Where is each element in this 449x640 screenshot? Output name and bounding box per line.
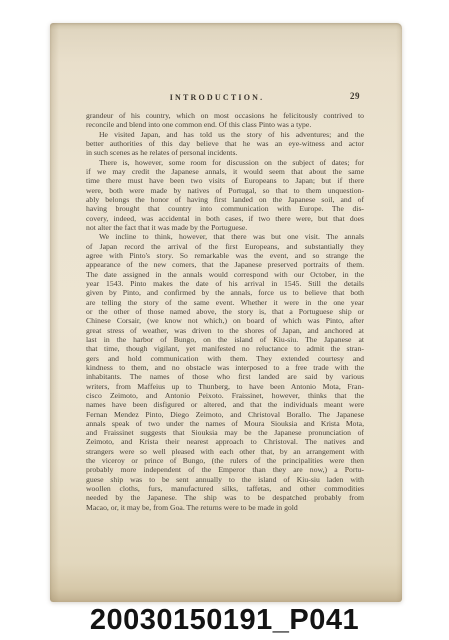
body-line: We incline to think, however, that there… [86,232,364,241]
body-line: names have been disfigured or altered, a… [86,400,364,409]
body-line: given by Pinto, and confirmed by the ann… [86,288,364,297]
body-line: better authorities of this day believe t… [86,139,364,148]
body-line: are telling the story of the same event.… [86,298,364,307]
body-line: Chinese Corsair, (we know not which,) on… [86,316,364,325]
body-line: kindness to them, and no obstacle was in… [86,363,364,372]
body-line: that time, though vigilant, yet manifest… [86,344,364,353]
page-number: 29 [350,91,360,101]
body-line: cisco Zeimoto, and Antonio Peixoto. Frai… [86,391,364,400]
body-line: of Japan record the arrival of the first… [86,242,364,251]
body-line: and Fraissinet suggests that Siouksia ma… [86,428,364,437]
body-line: grandeur of his country, which on most o… [86,111,364,120]
catalog-label: 20030150191_P041 [0,604,449,637]
body-line: probably more independent of the Emperor… [86,465,364,474]
running-header: INTRODUCTION. 29 [86,93,364,105]
body-line: time there must have been two visits of … [86,176,364,185]
body-line: if we may credit the Japanese annals, it… [86,167,364,176]
body-line: great stress of weather, was driven to t… [86,326,364,335]
body-line: Macao, or, it may be, from Goa. The retu… [86,503,364,512]
body-line: year 1543. Pinto makes the date of his a… [86,279,364,288]
body-line: reconcile and blend into one common end.… [86,120,364,129]
body-line: not alter the fact that it was made by t… [86,223,364,232]
body-line: appearance of the new comers, that the J… [86,260,364,269]
body-line: writers, from Maffeius up to Thunberg, t… [86,382,364,391]
body-line: ably belongs the honor of having first l… [86,195,364,204]
body-line: were, both were made by natives of Portu… [86,186,364,195]
body-line: needed by the Japanese. The ship was to … [86,493,364,502]
body-line: the viceroy or prince of Bungo, (the rul… [86,456,364,465]
body-line: or the other of those named above, the s… [86,307,364,316]
body-line: having brought that country into communi… [86,204,364,213]
body-text: grandeur of his country, which on most o… [86,111,364,512]
body-line: strangers were so well pleased with each… [86,447,364,456]
body-line: inhabitants. The names of those who firs… [86,372,364,381]
body-line: The date assigned in the annals would co… [86,270,364,279]
body-line: woollen cloths, furs, manufactured silks… [86,484,364,493]
body-line: covery, indeed, was accidental in both c… [86,214,364,223]
body-line: He visited Japan, and has told us the st… [86,130,364,139]
book-page-scan: INTRODUCTION. 29 grandeur of his country… [50,23,402,602]
body-line: annals speak of two under the names of M… [86,419,364,428]
body-line: Fernan Mendez Pinto, Diego Zeimoto, and … [86,410,364,419]
body-line: agree with Pinto's story. So remarkable … [86,251,364,260]
body-line: in such scenes as he relates of personal… [86,148,364,157]
body-line: guese ship was to be sent annually to th… [86,475,364,484]
body-line: There is, however, some room for discuss… [86,158,364,167]
body-line: gers and hold communication with them. T… [86,354,364,363]
body-line: last in the harbor of Bungo, on the isla… [86,335,364,344]
body-line: Zeimoto, and Krista their nearest approa… [86,437,364,446]
scan-viewer: INTRODUCTION. 29 grandeur of his country… [0,0,449,640]
page-header-title: INTRODUCTION. [78,93,356,102]
